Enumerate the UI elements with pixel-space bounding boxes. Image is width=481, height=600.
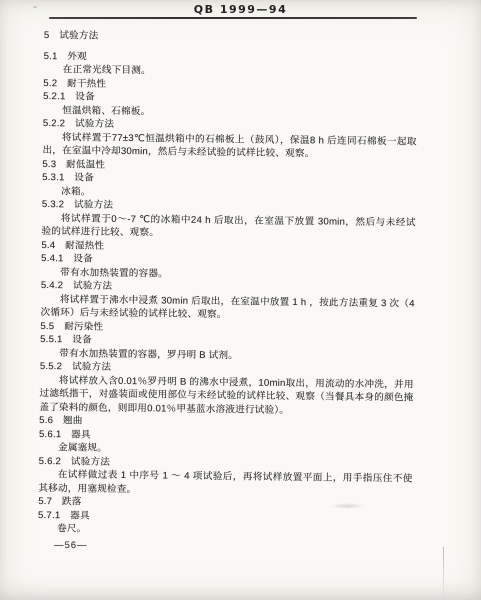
document-body: 5 试验方法5.1 外观在正常光线下目测。5.2 耐干热性5.2.1 设备恒温烘… xyxy=(38,29,418,540)
paragraph: 将试样置于沸水中浸煮 30min 后取出，在室温中放置 1 h ，按此方法重复 … xyxy=(40,292,414,324)
scan-smudge-artifact xyxy=(330,503,364,509)
paragraph: 在试样做过表 1 中序号 1 ～ 4 项试验后，再将试样放置平面上，用手指压住不… xyxy=(38,468,412,500)
scan-speck-artifact xyxy=(33,6,37,8)
standard-code-header: QB 1999—94 xyxy=(0,3,481,16)
chapter-heading: 5 试验方法 xyxy=(44,29,418,47)
scan-edge-line-artifact xyxy=(443,547,444,600)
paragraph: 将试样放入含0.01％罗丹明 B 的沸水中浸煮，10min取出，用流动的水冲洗，… xyxy=(39,373,413,418)
scanned-page: QB 1999—94 5 试验方法5.1 外观在正常光线下目测。5.2 耐干热性… xyxy=(0,0,481,600)
header-rule xyxy=(49,17,417,19)
paragraph: 将试样置于0～-7 ℃的冰箱中24 h 后取出，在室温下放置 30min，然后与… xyxy=(41,211,415,243)
page-number: —56— xyxy=(54,540,88,551)
paragraph: 将试样置于77±3℃恒温烘箱中的石棉板上（鼓风），保温8 h 后连同石棉板一起取… xyxy=(42,130,416,162)
